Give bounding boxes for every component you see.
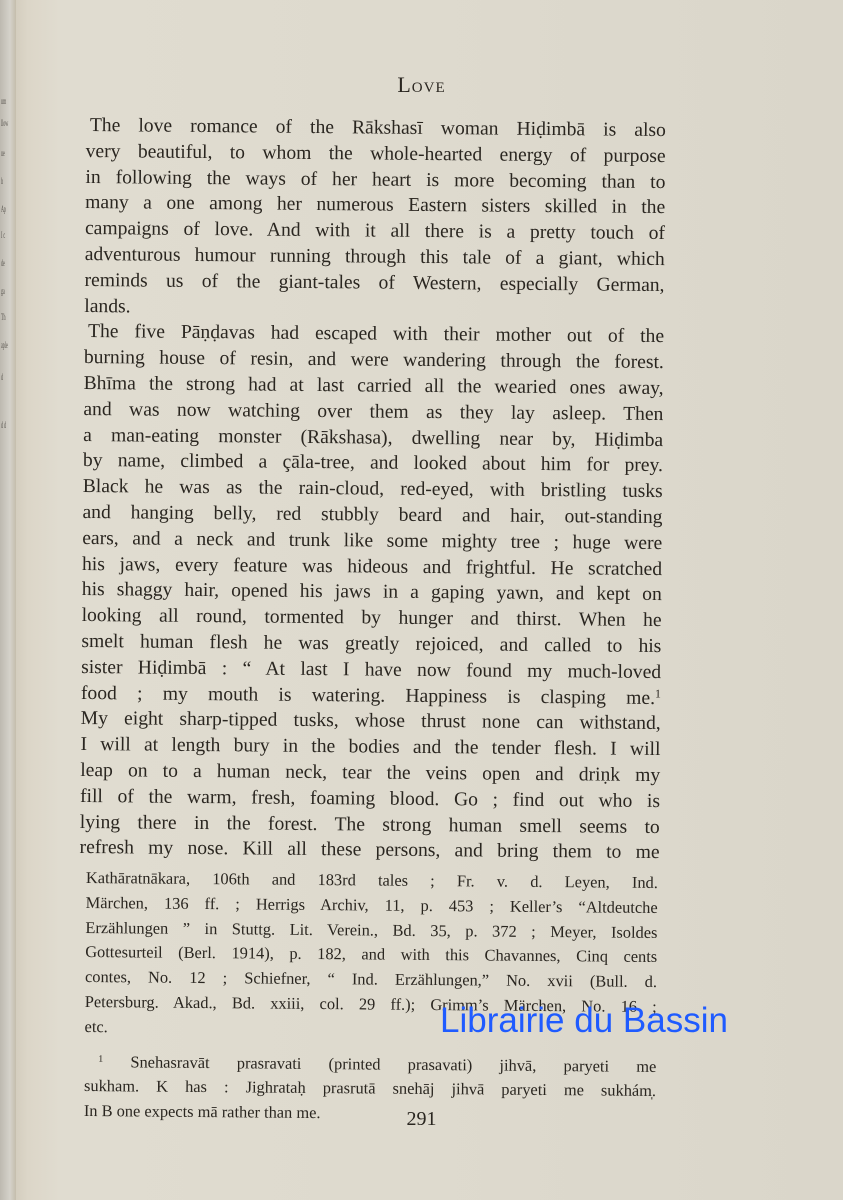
- paragraph-1: The love romance of the Rākshasī woman H…: [84, 113, 666, 324]
- adjacent-page-fragment: Ap: [1, 204, 6, 215]
- adjacent-page-fragment: d: [1, 372, 6, 383]
- adjacent-page-fragment: ga: [1, 286, 6, 297]
- body-text: The love romance of the Rākshasī woman H…: [79, 113, 666, 866]
- footnote-marker-1: 1: [98, 1053, 103, 1064]
- adjacent-page-fragment: I c: [1, 230, 6, 241]
- adjacent-page-fragment: d d: [1, 420, 6, 431]
- adjacent-page-fragment: aple: [1, 340, 6, 351]
- footnotes: Kathāratnākara, 106th and 183rd tales ; …: [84, 866, 658, 1129]
- book-page: um llow ue h Ap I c de ga Th aple d d d …: [0, 0, 843, 1200]
- running-head: Love: [0, 72, 843, 98]
- footnote-text: Snehasravāt prasravati (printed prasavat…: [130, 1052, 656, 1076]
- text-line: refresh my nose. Kill all these persons,…: [79, 835, 659, 866]
- footnote-ref-1[interactable]: 1: [655, 687, 661, 700]
- adjacent-page-edge: um llow ue h Ap I c de ga Th aple d d d: [0, 0, 16, 1200]
- page-number: 291: [0, 1108, 843, 1131]
- adjacent-page-fragment: Th: [1, 312, 6, 323]
- adjacent-page-fragment: llow: [1, 118, 6, 129]
- watermark-text: Librairie du Bassin: [440, 1001, 728, 1041]
- text-line: food ; my mouth is watering. Happiness i…: [81, 683, 655, 709]
- paragraph-2: The five Pāṇḍavas had escaped with their…: [79, 319, 664, 866]
- adjacent-page-fragment: de: [1, 258, 6, 269]
- text-line: reminds us of the giant-tales of Western…: [84, 268, 664, 299]
- adjacent-page-fragment: ue: [1, 148, 6, 159]
- adjacent-page-fragment: h: [1, 176, 6, 187]
